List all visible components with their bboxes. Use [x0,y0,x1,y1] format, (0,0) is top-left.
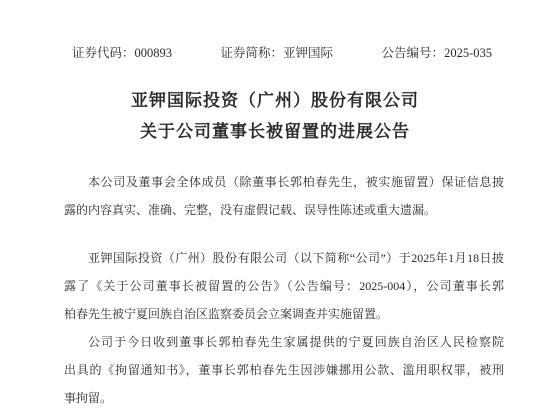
paragraph-line: 事拘留。 [64,384,504,412]
announcement-document-page: 证券代码：000893 证券简称：亚钾国际 公告编号：2025-035 亚钾国际… [0,0,550,414]
paragraph-prior-disclosure: 亚钾国际投资（广州）股份有限公司（以下简称“公司”）于2025年1月18日披 露… [64,244,504,328]
stock-abbr-label: 证券简称： [221,46,284,60]
document-title-company-name: 亚钾国际投资（广州）股份有限公司 [0,88,550,114]
paragraph-detention-notice: 公司于今日收到董事长郭柏春先生家属提供的宁夏回族自治区人民检察院 出具的《拘留通… [64,328,504,412]
document-title-subject: 关于公司董事长被留置的进展公告 [0,119,550,145]
announcement-number: 公告编号：2025-035 [382,44,492,62]
paragraph-line: 柏春先生被宁夏回族自治区监察委员会立案调查并实施留置。 [64,300,504,328]
stock-abbr: 证券简称：亚钾国际 [221,44,334,62]
document-header-row: 证券代码：000893 证券简称：亚钾国际 公告编号：2025-035 [72,44,492,62]
stock-abbr-value: 亚钾国际 [283,46,333,60]
paragraph-line: 露的内容真实、准确、完整，没有虚假记载、误导性陈述或重大遗漏。 [64,196,504,224]
paragraph-line: 公司于今日收到董事长郭柏春先生家属提供的宁夏回族自治区人民检察院 [64,328,504,356]
stock-code: 证券代码：000893 [72,44,172,62]
paragraph-line: 露了《关于公司董事长被留置的公告》（公告编号：2025-004），公司董事长郭 [64,272,504,300]
stock-code-label: 证券代码： [72,46,135,60]
paragraph-line: 本公司及董事会全体成员（除董事长郭柏春先生，被实施留置）保证信息披 [64,168,504,196]
paragraph-line: 亚钾国际投资（广州）股份有限公司（以下简称“公司”）于2025年1月18日披 [64,244,504,272]
announcement-number-value: 2025-035 [444,46,492,60]
stock-code-value: 000893 [135,46,173,60]
announcement-number-label: 公告编号： [382,46,445,60]
paragraph-disclaimer: 本公司及董事会全体成员（除董事长郭柏春先生，被实施留置）保证信息披 露的内容真实… [64,168,504,224]
paragraph-line: 出具的《拘留通知书》，董事长郭柏春先生因涉嫌挪用公款、滥用职权罪，被刑 [64,356,504,384]
